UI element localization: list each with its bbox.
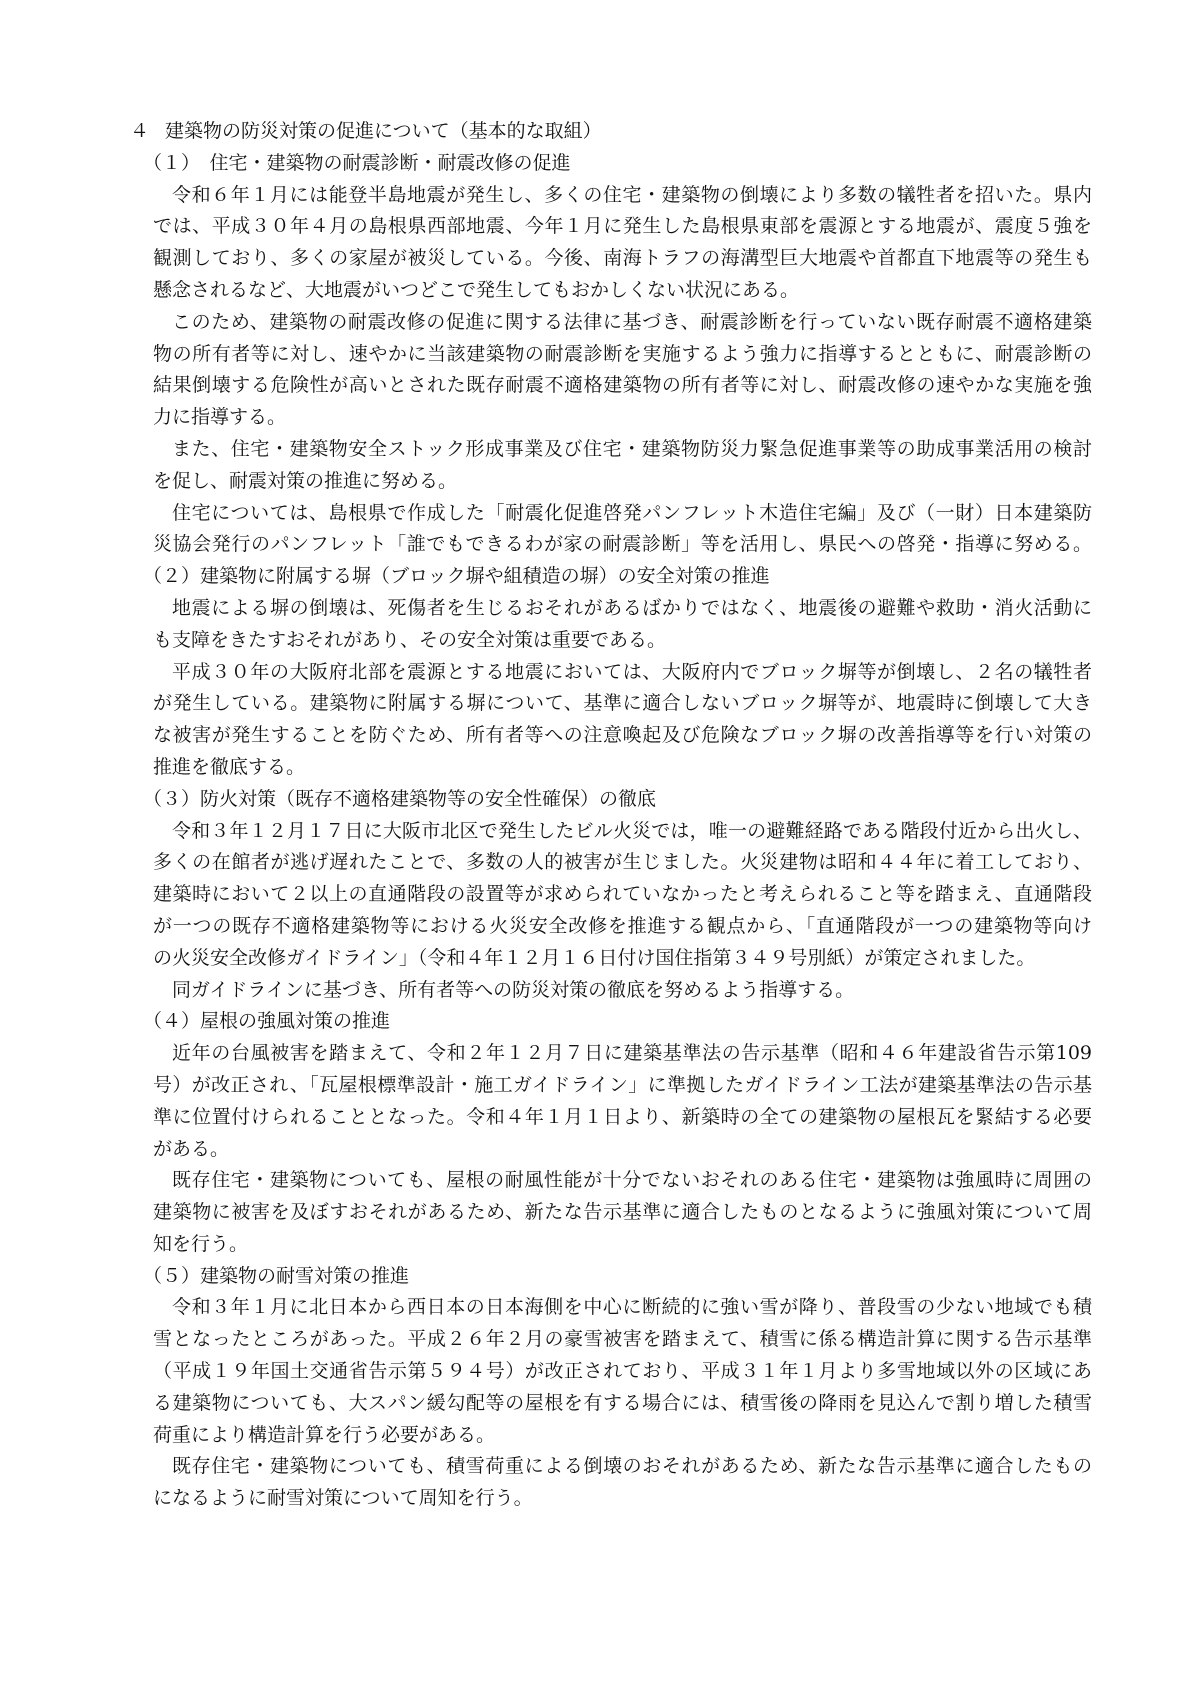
text-line: 既存住宅・建築物についても、屋根の耐風性能が十分でないおそれのある住宅・建築物は… <box>153 1165 1092 1197</box>
text-line: このため、建築物の耐震改修の促進に関する法律に基づき、耐震診断を行っていない既存… <box>153 307 1092 339</box>
paragraph: 既存住宅・建築物についても、積雪荷重による倒壊のおそれがあるため、新たな告示基準… <box>0 1451 1200 1515</box>
text-line: を促し、耐震対策の推進に努める。 <box>153 466 1092 498</box>
text-line: 準に位置付けられることとなった。令和４年１月１日より、新築時の全ての建築物の屋根… <box>153 1102 1092 1134</box>
text-line: また、住宅・建築物安全ストック形成事業及び住宅・建築物防災力緊急促進事業等の助成… <box>153 434 1092 466</box>
text-line: 多くの在館者が逃げ遅れたことで、多数の人的被害が生じました。火災建物は昭和４４年… <box>153 847 1092 879</box>
text-line: では、平成３０年４月の島根県西部地震、今年１月に発生した島根県東部を震源とする地… <box>153 211 1092 243</box>
paragraph: 地震による塀の倒壊は、死傷者を生じるおそれがあるばかりではなく、地震後の避難や救… <box>0 593 1200 657</box>
text-line: 懸念されるなど、大地震がいつどこで発生してもおかしくない状況にある。 <box>153 275 1092 307</box>
text-line: 住宅については、島根県で作成した「耐震化促進啓発パンフレット木造住宅編」及び（一… <box>153 498 1092 530</box>
subsection-heading: （１） 住宅・建築物の耐震診断・耐震改修の促進 <box>143 148 1200 180</box>
subsection-seismic-retrofit: （１） 住宅・建築物の耐震診断・耐震改修の促進 令和６年１月には能登半島地震が発… <box>0 148 1200 561</box>
text-line: がある。 <box>153 1134 1092 1166</box>
text-line: 既存住宅・建築物についても、積雪荷重による倒壊のおそれがあるため、新たな告示基準… <box>153 1451 1092 1483</box>
subsection-wind-resistance: （４）屋根の強風対策の推進 近年の台風被害を踏まえて、令和２年１２月７日に建築基… <box>0 1006 1200 1260</box>
section-title: ４建築物の防災対策の促進について（基本的な取組） <box>130 116 1200 148</box>
text-line: 令和３年１月に北日本から西日本の日本海側を中心に断続的に強い雪が降り、普段雪の少… <box>153 1292 1092 1324</box>
document-page: ４建築物の防災対策の促進について（基本的な取組） （１） 住宅・建築物の耐震診断… <box>0 0 1200 1698</box>
text-line: 近年の台風被害を踏まえて、令和２年１２月７日に建築基準法の告示基準（昭和４６年建… <box>153 1038 1092 1070</box>
section-number: ４ <box>130 116 149 148</box>
text-line: 推進を徹底する。 <box>153 752 1092 784</box>
paragraph: 令和３年１２月１７日に大阪市北区で発生したビル火災では，唯一の避難経路である階段… <box>0 816 1200 975</box>
text-line: 平成３０年の大阪府北部を震源とする地震においては、大阪府内でブロック塀等が倒壊し… <box>153 657 1092 689</box>
text-line: 知を行う。 <box>153 1229 1092 1261</box>
text-line: 号）が改正され、「瓦屋根標準設計・施工ガイドライン」に準拠したガイドライン工法が… <box>153 1070 1092 1102</box>
paragraph: 住宅については、島根県で作成した「耐震化促進啓発パンフレット木造住宅編」及び（一… <box>0 498 1200 562</box>
text-line: 令和６年１月には能登半島地震が発生し、多くの住宅・建築物の倒壊により多数の犠牲者… <box>153 180 1092 212</box>
paragraph: 平成３０年の大阪府北部を震源とする地震においては、大阪府内でブロック塀等が倒壊し… <box>0 657 1200 784</box>
paragraph: 同ガイドラインに基づき、所有者等への防災対策の徹底を努めるよう指導する。 <box>0 975 1200 1007</box>
subsection-heading: （４）屋根の強風対策の推進 <box>143 1006 1200 1038</box>
text-line: 建築時において２以上の直通階段の設置等が求められていなかったと考えられること等を… <box>153 879 1092 911</box>
paragraph: 近年の台風被害を踏まえて、令和２年１２月７日に建築基準法の告示基準（昭和４６年建… <box>0 1038 1200 1165</box>
subsection-heading: （３）防火対策（既存不適格建築物等の安全性確保）の徹底 <box>143 784 1200 816</box>
text-line: 災協会発行のパンフレット「誰でもできるわが家の耐震診断」等を活用し、県民への啓発… <box>153 529 1092 561</box>
subsection-block-walls: （２）建築物に附属する塀（ブロック塀や組積造の塀）の安全対策の推進 地震による塀… <box>0 561 1200 784</box>
paragraph: 既存住宅・建築物についても、屋根の耐風性能が十分でないおそれのある住宅・建築物は… <box>0 1165 1200 1260</box>
text-line: 結果倒壊する危険性が高いとされた既存耐震不適格建築物の所有者等に対し、耐震改修の… <box>153 370 1092 402</box>
text-line: になるように耐雪対策について周知を行う。 <box>153 1483 1092 1515</box>
paragraph: 令和６年１月には能登半島地震が発生し、多くの住宅・建築物の倒壊により多数の犠牲者… <box>0 180 1200 307</box>
section-title-text: 建築物の防災対策の促進について（基本的な取組） <box>165 120 602 142</box>
subsection-fire-safety: （３）防火対策（既存不適格建築物等の安全性確保）の徹底 令和３年１２月１７日に大… <box>0 784 1200 1007</box>
text-line: 物の所有者等に対し、速やかに当該建築物の耐震診断を実施するよう強力に指導するとと… <box>153 339 1092 371</box>
document-body: ４建築物の防災対策の促進について（基本的な取組） （１） 住宅・建築物の耐震診断… <box>0 116 1200 1515</box>
text-line: 地震による塀の倒壊は、死傷者を生じるおそれがあるばかりではなく、地震後の避難や救… <box>153 593 1092 625</box>
text-line: 令和３年１２月１７日に大阪市北区で発生したビル火災では，唯一の避難経路である階段… <box>153 816 1092 848</box>
text-line: が発生している。建築物に附属する塀について、基準に適合しないブロック塀等が、地震… <box>153 688 1092 720</box>
text-line: の火災安全改修ガイドライン」（令和４年１２月１６日付け国住指第３４９号別紙）が策… <box>153 943 1092 975</box>
text-line: が一つの既存不適格建築物等における火災安全改修を推進する観点から、「直通階段が一… <box>153 911 1092 943</box>
text-line: 力に指導する。 <box>153 402 1092 434</box>
subsection-heading: （２）建築物に附属する塀（ブロック塀や組積造の塀）の安全対策の推進 <box>143 561 1200 593</box>
text-line: 同ガイドラインに基づき、所有者等への防災対策の徹底を努めるよう指導する。 <box>153 975 1092 1007</box>
subsection-snow-resistance: （５）建築物の耐雪対策の推進 令和３年１月に北日本から西日本の日本海側を中心に断… <box>0 1261 1200 1515</box>
paragraph: また、住宅・建築物安全ストック形成事業及び住宅・建築物防災力緊急促進事業等の助成… <box>0 434 1200 498</box>
text-line: 観測しており、多くの家屋が被災している。今後、南海トラフの海溝型巨大地震や首都直… <box>153 243 1092 275</box>
paragraph: このため、建築物の耐震改修の促進に関する法律に基づき、耐震診断を行っていない既存… <box>0 307 1200 434</box>
text-line: る建築物についても、大スパン緩勾配等の屋根を有する場合には、積雪後の降雨を見込ん… <box>153 1388 1092 1420</box>
text-line: も支障をきたすおそれがあり、その安全対策は重要である。 <box>153 625 1092 657</box>
text-line: な被害が発生することを防ぐため、所有者等への注意喚起及び危険なブロック塀の改善指… <box>153 720 1092 752</box>
text-line: （平成１９年国土交通省告示第５９４号）が改正されており、平成３１年１月より多雪地… <box>153 1356 1092 1388</box>
text-line: 荷重により構造計算を行う必要がある。 <box>153 1420 1092 1452</box>
text-line: 雪となったところがあった。平成２６年２月の豪雪被害を踏まえて、積雪に係る構造計算… <box>153 1324 1092 1356</box>
subsection-heading: （５）建築物の耐雪対策の推進 <box>143 1261 1200 1293</box>
paragraph: 令和３年１月に北日本から西日本の日本海側を中心に断続的に強い雪が降り、普段雪の少… <box>0 1292 1200 1451</box>
text-line: 建築物に被害を及ぼすおそれがあるため、新たな告示基準に適合したものとなるように強… <box>153 1197 1092 1229</box>
